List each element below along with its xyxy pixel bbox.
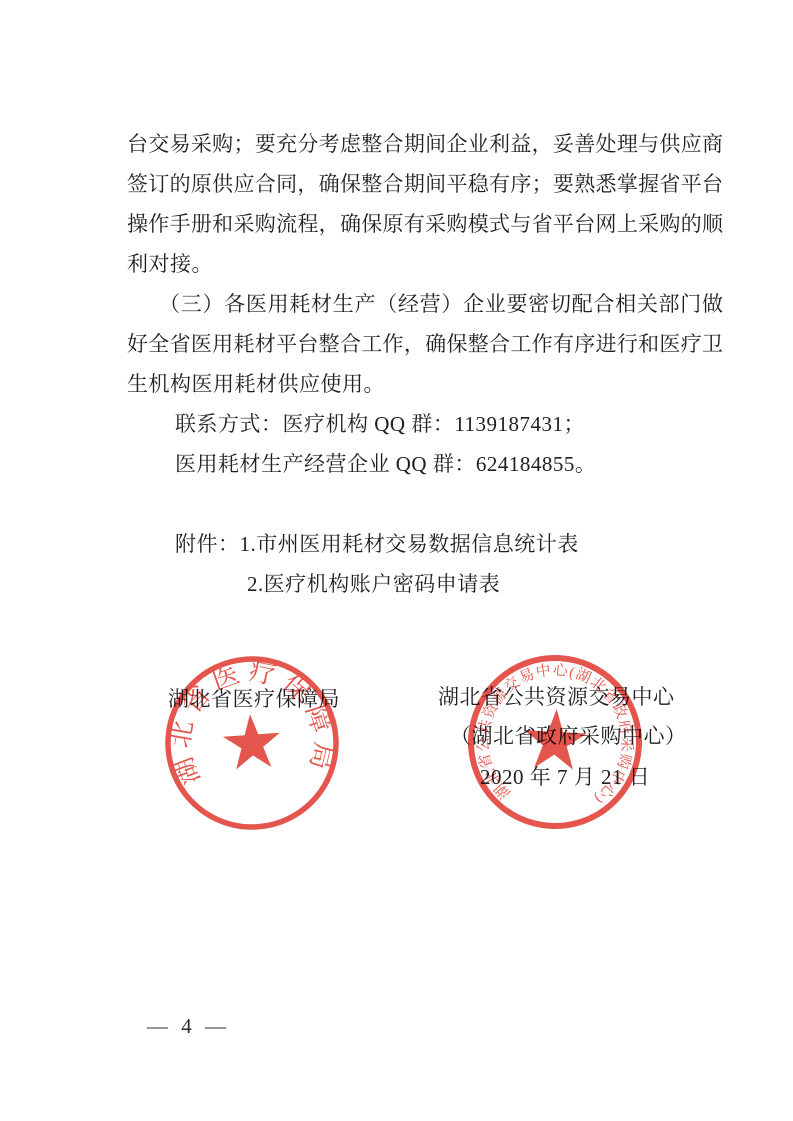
body-line-p1-l3: 操作手册和采购流程，确保原有采购模式与省平台网上采购的顺 xyxy=(127,204,723,244)
star-icon xyxy=(222,712,283,770)
body-line-p1-l2: 签订的原供应合同，确保整合期间平稳有序；要熟悉掌握省平台 xyxy=(127,164,723,204)
contact-line-2: 医用耗材生产经营企业 QQ 群：624184855。 xyxy=(127,444,723,484)
official-seal-right: 湖北省公共资源交易中心(湖北省政府采购中心) xyxy=(455,642,655,842)
document-page: 台交易采购；要充分考虑整合期间企业利益，妥善处理与供应商 签订的原供应合同，确保… xyxy=(0,0,793,1121)
body-line-p1-l4: 利对接。 xyxy=(127,244,723,284)
body-line-p1-l1: 台交易采购；要充分考虑整合期间企业利益，妥善处理与供应商 xyxy=(127,124,723,164)
page-number: — 4 — xyxy=(147,1014,230,1039)
official-seal-left: 湖北省医疗保障局 xyxy=(151,642,354,845)
body-line-p2-l1: （三）各医用耗材生产（经营）企业要密切配合相关部门做 xyxy=(127,284,723,324)
star-icon xyxy=(522,707,588,770)
contact-line-1: 联系方式：医疗机构 QQ 群：1139187431； xyxy=(127,404,723,444)
attachment-line-1: 附件：1.市州医用耗材交易数据信息统计表 xyxy=(127,524,723,564)
attachment-line-2: 2.医疗机构账户密码申请表 xyxy=(127,564,723,604)
body-line-p2-l3: 生机构医用耗材供应使用。 xyxy=(127,364,723,404)
body-line-p2-l2: 好全省医用耗材平台整合工作，确保整合工作有序进行和医疗卫 xyxy=(127,324,723,364)
